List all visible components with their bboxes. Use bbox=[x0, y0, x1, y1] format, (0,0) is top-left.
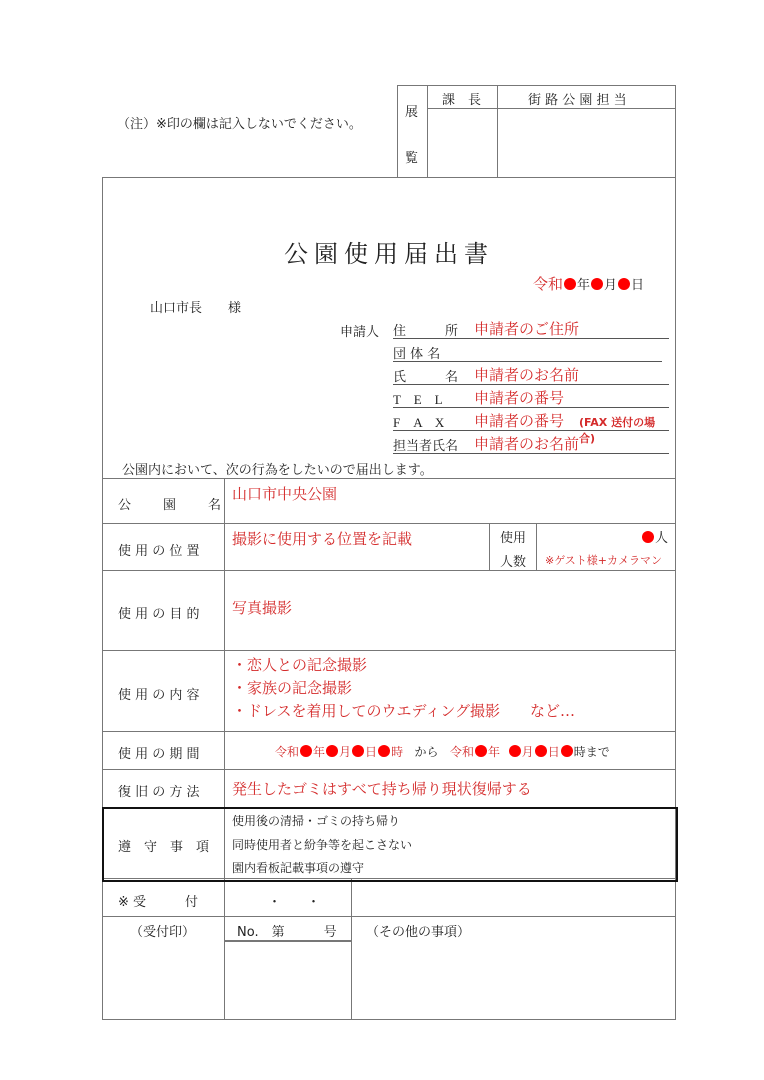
park-name-value[interactable]: 山口市中央公園 bbox=[232, 483, 337, 504]
review-label-top: 展 bbox=[405, 101, 418, 120]
content-item[interactable]: ・ドレスを着用してのウエディング撮影 など… bbox=[232, 700, 575, 721]
rules-item: 使用後の清掃・ゴミの持ち帰り bbox=[232, 812, 400, 829]
purpose-value[interactable]: 写真撮影 bbox=[232, 597, 292, 618]
review-label-bottom: 覧 bbox=[405, 147, 418, 166]
content-label: 使 用 の 内 容 bbox=[118, 684, 200, 703]
group-name-field[interactable]: 団 体 名 bbox=[393, 341, 662, 362]
period-value[interactable]: 令和年月日時 から 令和年 月日時まで bbox=[275, 743, 610, 760]
addressee: 山口市長 様 bbox=[150, 297, 241, 316]
note-text: （注）※印の欄は記入しないでください。 bbox=[117, 113, 362, 132]
name-field[interactable]: 氏 名 申請者のお名前 bbox=[393, 364, 669, 385]
people-note: ※ゲスト様+カメラマン bbox=[545, 552, 662, 568]
address-field[interactable]: 住 所 申請者のご住所 bbox=[393, 318, 669, 339]
rules-label: 遵 守 事 項 bbox=[118, 836, 209, 855]
tel-field[interactable]: T E L 申請者の番号 bbox=[393, 387, 669, 408]
people-count[interactable]: 人 bbox=[641, 527, 668, 546]
content-item[interactable]: ・恋人との記念撮影 bbox=[232, 654, 367, 675]
page-title: 公園使用届出書 bbox=[0, 234, 764, 269]
rules-item: 同時使用者と紛争等を起こさない bbox=[232, 836, 412, 853]
content-item[interactable]: ・家族の記念撮影 bbox=[232, 677, 352, 698]
reception-label: ※ 受 付 bbox=[118, 891, 198, 910]
location-label: 使 用 の 位 置 bbox=[118, 540, 200, 559]
restore-label: 復 旧 の 方 法 bbox=[118, 781, 200, 800]
stamp-label: （受付印） bbox=[130, 921, 195, 940]
review-col-section-chief: 課 長 bbox=[442, 89, 481, 108]
purpose-label: 使 用 の 目 的 bbox=[118, 603, 200, 622]
location-value[interactable]: 撮影に使用する位置を記載 bbox=[232, 528, 412, 549]
submission-date: 令和年月日 bbox=[533, 273, 644, 294]
contact-person-field[interactable]: 担当者氏名 申請者のお名前 bbox=[393, 433, 669, 454]
receipt-number-label: No. 第 号 bbox=[237, 921, 337, 940]
applicant-label: 申請人 bbox=[340, 321, 379, 340]
reception-date: ・ ・ bbox=[268, 891, 320, 910]
other-matters-label: （その他の事項） bbox=[366, 921, 470, 940]
people-label-1: 使用 bbox=[500, 527, 526, 546]
review-col-park-staff: 街 路 公 園 担 当 bbox=[528, 89, 627, 108]
intro-text: 公園内において、次の行為をしたいので届出します。 bbox=[122, 459, 433, 478]
period-label: 使 用 の 期 間 bbox=[118, 743, 200, 762]
park-name-label: 公 園 名 bbox=[118, 494, 223, 513]
people-label-2: 人数 bbox=[500, 551, 526, 570]
fax-field[interactable]: F A X 申請者の番号 (FAX 送付の場合) bbox=[393, 410, 669, 431]
restore-value[interactable]: 発生したゴミはすべて持ち帰り現状復帰する bbox=[232, 778, 532, 799]
rules-item: 園内看板記載事項の遵守 bbox=[232, 859, 364, 876]
